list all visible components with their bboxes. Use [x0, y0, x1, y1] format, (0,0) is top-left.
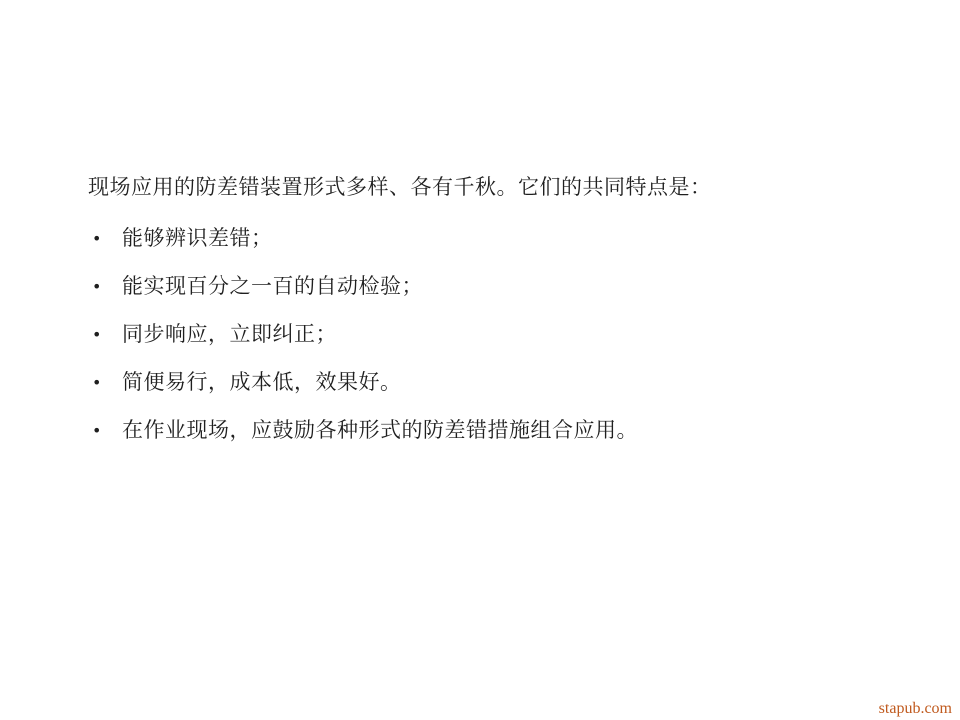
bullet-icon: •	[88, 373, 122, 392]
bullet-text: 能实现百分之一百的自动检验；	[122, 271, 423, 301]
bullet-icon: •	[88, 325, 122, 344]
list-item: • 能够辨识差错；	[88, 214, 908, 262]
bullet-text: 简便易行，成本低，效果好。	[122, 367, 402, 397]
bullet-icon: •	[88, 277, 122, 296]
bullet-icon: •	[88, 421, 122, 440]
slide-heading: 现场应用的防差错装置形式多样、各有千秋。它们的共同特点是：	[88, 172, 888, 202]
bullet-text: 能够辨识差错；	[122, 223, 273, 253]
list-item: • 同步响应，立即纠正；	[88, 310, 908, 358]
bullet-icon: •	[88, 229, 122, 248]
bullet-text: 在作业现场，应鼓励各种形式的防差错措施组合应用。	[122, 415, 638, 445]
list-item: • 在作业现场，应鼓励各种形式的防差错措施组合应用。	[88, 406, 908, 454]
watermark: stapub.com	[879, 700, 952, 718]
list-item: • 能实现百分之一百的自动检验；	[88, 262, 908, 310]
bullet-text: 同步响应，立即纠正；	[122, 319, 337, 349]
bullet-list: • 能够辨识差错； • 能实现百分之一百的自动检验； • 同步响应，立即纠正； …	[88, 214, 908, 454]
slide-canvas: 现场应用的防差错装置形式多样、各有千秋。它们的共同特点是： • 能够辨识差错； …	[0, 0, 960, 720]
list-item: • 简便易行，成本低，效果好。	[88, 358, 908, 406]
